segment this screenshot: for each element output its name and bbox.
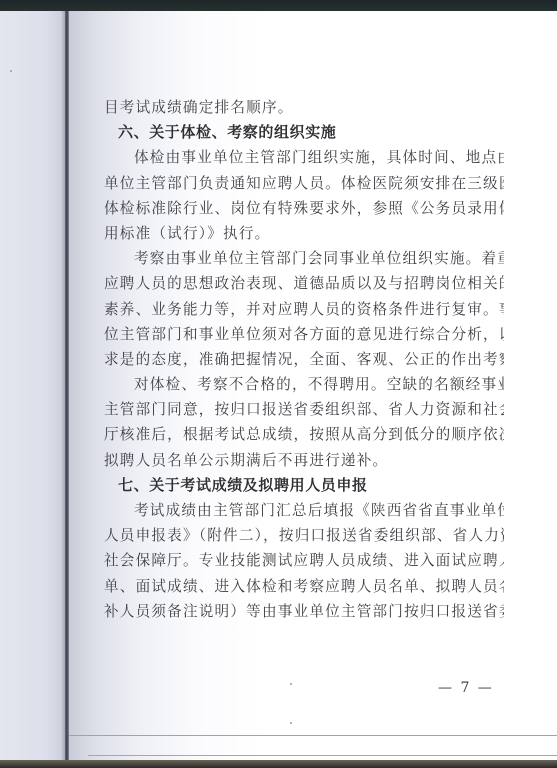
document-body: 目考试成绩确定排名顺序。 六、关于体检、考察的组织实施 体检由事业单位主管部门组… xyxy=(104,95,504,624)
scan-speck xyxy=(290,683,292,685)
page-edge-line xyxy=(69,735,557,736)
text-line: 求是的态度，准确把握情况，全面、客观、公正的作出考察结论。 xyxy=(104,347,504,372)
text-line: 单、面试成绩、进入体检和考察应聘人员名单、拟聘人员名单（递 xyxy=(104,574,504,599)
scanner-bottom-edge xyxy=(0,760,557,768)
text-line: 对体检、考察不合格的，不得聘用。空缺的名额经事业单位 xyxy=(104,372,504,397)
text-line: 单位主管部门负责通知应聘人员。体检医院须安排在三级医院。 xyxy=(104,171,504,196)
section-heading-6: 六、关于体检、考察的组织实施 xyxy=(104,120,504,145)
scanner-top-edge xyxy=(0,0,557,11)
text-line: 体检由事业单位主管部门组织实施，具体时间、地点由事业 xyxy=(104,145,504,170)
text-line: 应聘人员的思想政治表现、道德品质以及与招聘岗位相关的专业 xyxy=(104,271,504,296)
page-edge-line xyxy=(88,755,557,756)
text-line: 厅核准后，根据考试总成绩，按照从高分到低分的顺序依次递补。 xyxy=(104,422,504,447)
text-line: 补人员须备注说明）等由事业单位主管部门按归口报送省委组织 xyxy=(104,599,504,624)
scan-speck xyxy=(290,722,292,724)
text-line: 社会保障厅。专业技能测试应聘人员成绩、进入面试应聘人员名 xyxy=(104,548,504,573)
text-line: 素养、业务能力等，并对应聘人员的资格条件进行复审。事业单 xyxy=(104,297,504,322)
section-heading-7: 七、关于考试成绩及拟聘用人员申报 xyxy=(104,473,504,498)
scan-speck xyxy=(10,70,12,72)
text-line: 体检标准除行业、岗位有特殊要求外，参照《公务员录用体检通 xyxy=(104,196,504,221)
facing-page-edge xyxy=(0,11,66,760)
text-line: 目考试成绩确定排名顺序。 xyxy=(104,95,504,120)
text-line: 位主管部门和事业单位须对各方面的意见进行综合分析，以实事 xyxy=(104,322,504,347)
text-line: 考察由事业单位主管部门会同事业单位组织实施。着重考察 xyxy=(104,246,504,271)
text-line: 人员申报表》（附件二），按归口报送省委组织部、省人力资源和 xyxy=(104,523,504,548)
text-line: 拟聘人员名单公示期满后不再进行递补。 xyxy=(104,448,504,473)
text-line: 考试成绩由主管部门汇总后填报《陕西省省直事业单位拟聘 xyxy=(104,498,504,523)
page-number: — 7 — xyxy=(438,680,494,696)
text-line: 主管部门同意，按归口报送省委组织部、省人力资源和社会保障 xyxy=(104,397,504,422)
text-line: 用标准（试行）》执行。 xyxy=(104,221,504,246)
